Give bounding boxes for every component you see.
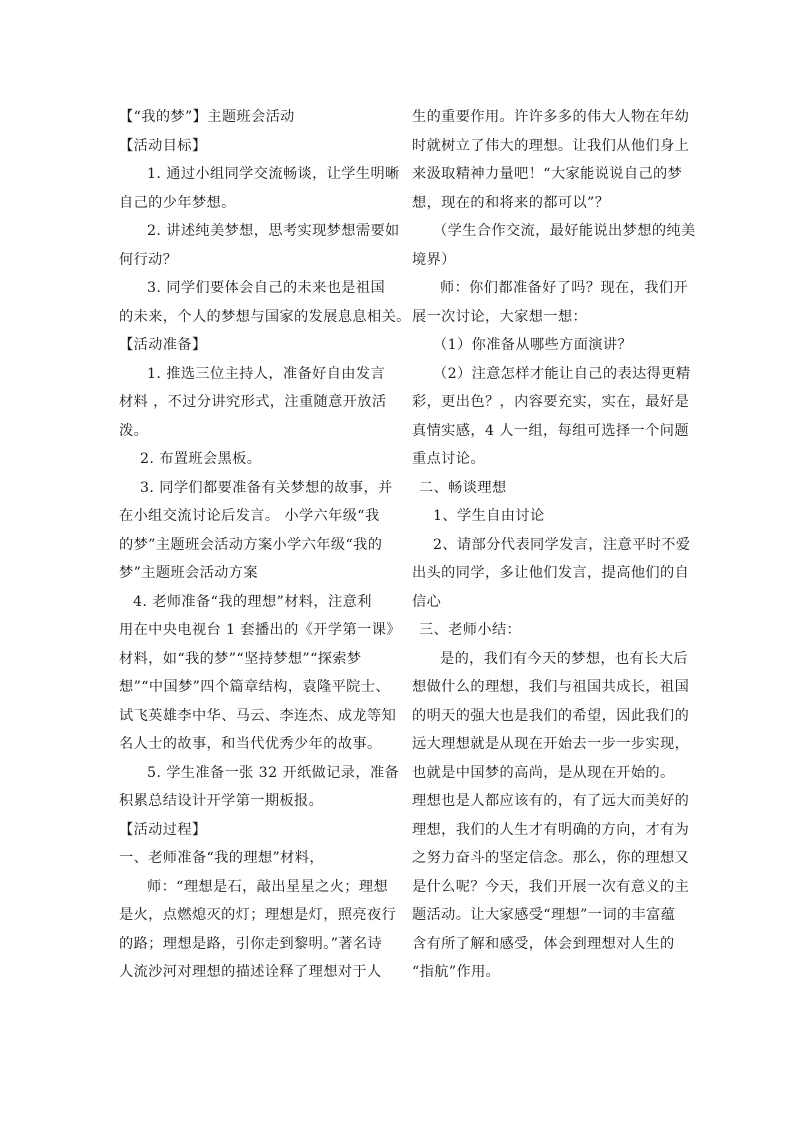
right-column-line: 想，现在的和将来的都可以”？ bbox=[412, 189, 702, 218]
left-column-line: 的梦”主题班会活动方案小学六年级“我的 bbox=[119, 531, 419, 560]
left-column-line: 用在中央电视台 1 套播出的《开学第一课》 bbox=[119, 616, 419, 645]
right-column-line: 2、请部分代表同学发言，注意平时不爱 bbox=[412, 531, 702, 560]
left-column-line: 师：“理想是石，敲出星星之火；理想 bbox=[119, 873, 419, 902]
right-column-line: 是的，我们有今天的梦想，也有长大后 bbox=[412, 645, 702, 674]
left-column-line: 泼。 bbox=[119, 417, 419, 446]
left-column-line: 【活动准备】 bbox=[119, 331, 419, 360]
left-column-line: 材料，如“我的梦”“坚持梦想”“探索梦 bbox=[119, 645, 419, 674]
right-column-line: （学生合作交流，最好能说出梦想的纯美 bbox=[412, 217, 702, 246]
left-column-line: 1. 通过小组同学交流畅谈，让学生明晰 bbox=[119, 160, 419, 189]
left-column-line: 的路；理想是路，引你走到黎明。”著名诗 bbox=[119, 930, 419, 959]
right-column-line: 1、学生自由讨论 bbox=[412, 502, 702, 531]
right-column-line: 之努力奋斗的坚定信念。那么，你的理想又 bbox=[412, 844, 702, 873]
right-column-line: 重点讨论。 bbox=[412, 445, 702, 474]
right-column-line: 含有所了解和感受，体会到理想对人生的 bbox=[412, 930, 702, 959]
left-column-line: 梦”主题班会活动方案 bbox=[119, 559, 419, 588]
left-column-line: 1. 推选三位主持人，准备好自由发言 bbox=[119, 360, 419, 389]
right-column-line: 来汲取精神力量吧！“大家能说说自己的梦 bbox=[412, 160, 702, 189]
right-column-line: （2）注意怎样才能让自己的表达得更精 bbox=[412, 360, 702, 389]
right-column-line: 境界） bbox=[412, 246, 702, 275]
left-column-line: 一、老师准备“我的理想”材料， bbox=[119, 844, 419, 873]
left-column-line: 【活动目标】 bbox=[119, 132, 419, 161]
right-column-line: 是什么呢？今天，我们开展一次有意义的主 bbox=[412, 873, 702, 902]
right-column-line: （1）你准备从哪些方面演讲？ bbox=[412, 331, 702, 360]
left-column-line: 3. 同学们要体会自己的未来也是祖国 bbox=[119, 274, 419, 303]
left-column-line: 人流沙河对理想的描述诠释了理想对于人 bbox=[119, 958, 419, 987]
right-column-line: 二、畅谈理想 bbox=[412, 474, 702, 503]
left-column-line: 在小组交流讨论后发言。 小学六年级“我 bbox=[119, 502, 419, 531]
left-column-line: 名人士的故事，和当代优秀少年的故事。 bbox=[119, 730, 419, 759]
right-column-line: 远大理想就是从现在开始去一步一步实现， bbox=[412, 730, 702, 759]
left-column-line: 自己的少年梦想。 bbox=[119, 189, 419, 218]
left-column: 【“我的梦”】主题班会活动【活动目标】1. 通过小组同学交流畅谈，让学生明晰自己… bbox=[119, 103, 419, 987]
left-column-line: 4. 老师准备“我的理想”材料，注意利 bbox=[119, 588, 419, 617]
right-column-line: 彩，更出色？，内容要充实，实在，最好是 bbox=[412, 388, 702, 417]
right-column-line: 理想也是人都应该有的，有了远大而美好的 bbox=[412, 787, 702, 816]
document-page: 【“我的梦”】主题班会活动【活动目标】1. 通过小组同学交流畅谈，让学生明晰自己… bbox=[0, 0, 793, 1122]
left-column-line: 材料 ，不过分讲究形式，注重随意开放活 bbox=[119, 388, 419, 417]
right-column-line: 生的重要作用。许许多多的伟大人物在年幼 bbox=[412, 103, 702, 132]
left-column-line: 何行动？ bbox=[119, 246, 419, 275]
right-column-line: 也就是中国梦的高尚，是从现在开始的。 bbox=[412, 759, 702, 788]
right-column-line: “指航”作用。 bbox=[412, 958, 702, 987]
right-column: 生的重要作用。许许多多的伟大人物在年幼时就树立了伟大的理想。让我们从他们身上来汲… bbox=[412, 103, 702, 987]
left-column-line: 积累总结设计开学第一期板报。 bbox=[119, 787, 419, 816]
right-column-line: 展一次讨论，大家想一想： bbox=[412, 303, 702, 332]
right-column-line: 真情实感，4 人一组，每组可选择一个问题 bbox=[412, 417, 702, 446]
left-column-line: 试飞英雄李中华、马云、李连杰、成龙等知 bbox=[119, 702, 419, 731]
right-column-line: 题活动。让大家感受“理想”一词的丰富蕴 bbox=[412, 901, 702, 930]
left-column-line: 2. 讲述纯美梦想，思考实现梦想需要如 bbox=[119, 217, 419, 246]
right-column-line: 三、老师小结： bbox=[412, 616, 702, 645]
left-column-line: 的未来，个人的梦想与国家的发展息息相关。 bbox=[119, 303, 419, 332]
right-column-line: 师：你们都准备好了吗？现在，我们开 bbox=[412, 274, 702, 303]
right-column-line: 时就树立了伟大的理想。让我们从他们身上 bbox=[412, 132, 702, 161]
left-column-line: 3. 同学们都要准备有关梦想的故事，并 bbox=[119, 474, 419, 503]
right-column-line: 的明天的强大也是我们的希望，因此我们的 bbox=[412, 702, 702, 731]
left-column-line: 想”“中国梦”四个篇章结构，袁隆平院士、 bbox=[119, 673, 419, 702]
left-column-line: 2. 布置班会黑板。 bbox=[119, 445, 419, 474]
right-column-line: 想做什么的理想，我们与祖国共成长，祖国 bbox=[412, 673, 702, 702]
left-column-line: 是火，点燃熄灭的灯；理想是灯，照亮夜行 bbox=[119, 901, 419, 930]
left-column-line: 【“我的梦”】主题班会活动 bbox=[119, 103, 419, 132]
right-column-line: 出头的同学，多让他们发言，提高他们的自 bbox=[412, 559, 702, 588]
right-column-line: 信心 bbox=[412, 588, 702, 617]
left-column-line: 【活动过程】 bbox=[119, 816, 419, 845]
left-column-line: 5. 学生准备一张 32 开纸做记录，准备 bbox=[119, 759, 419, 788]
right-column-line: 理想，我们的人生才有明确的方向，才有为 bbox=[412, 816, 702, 845]
